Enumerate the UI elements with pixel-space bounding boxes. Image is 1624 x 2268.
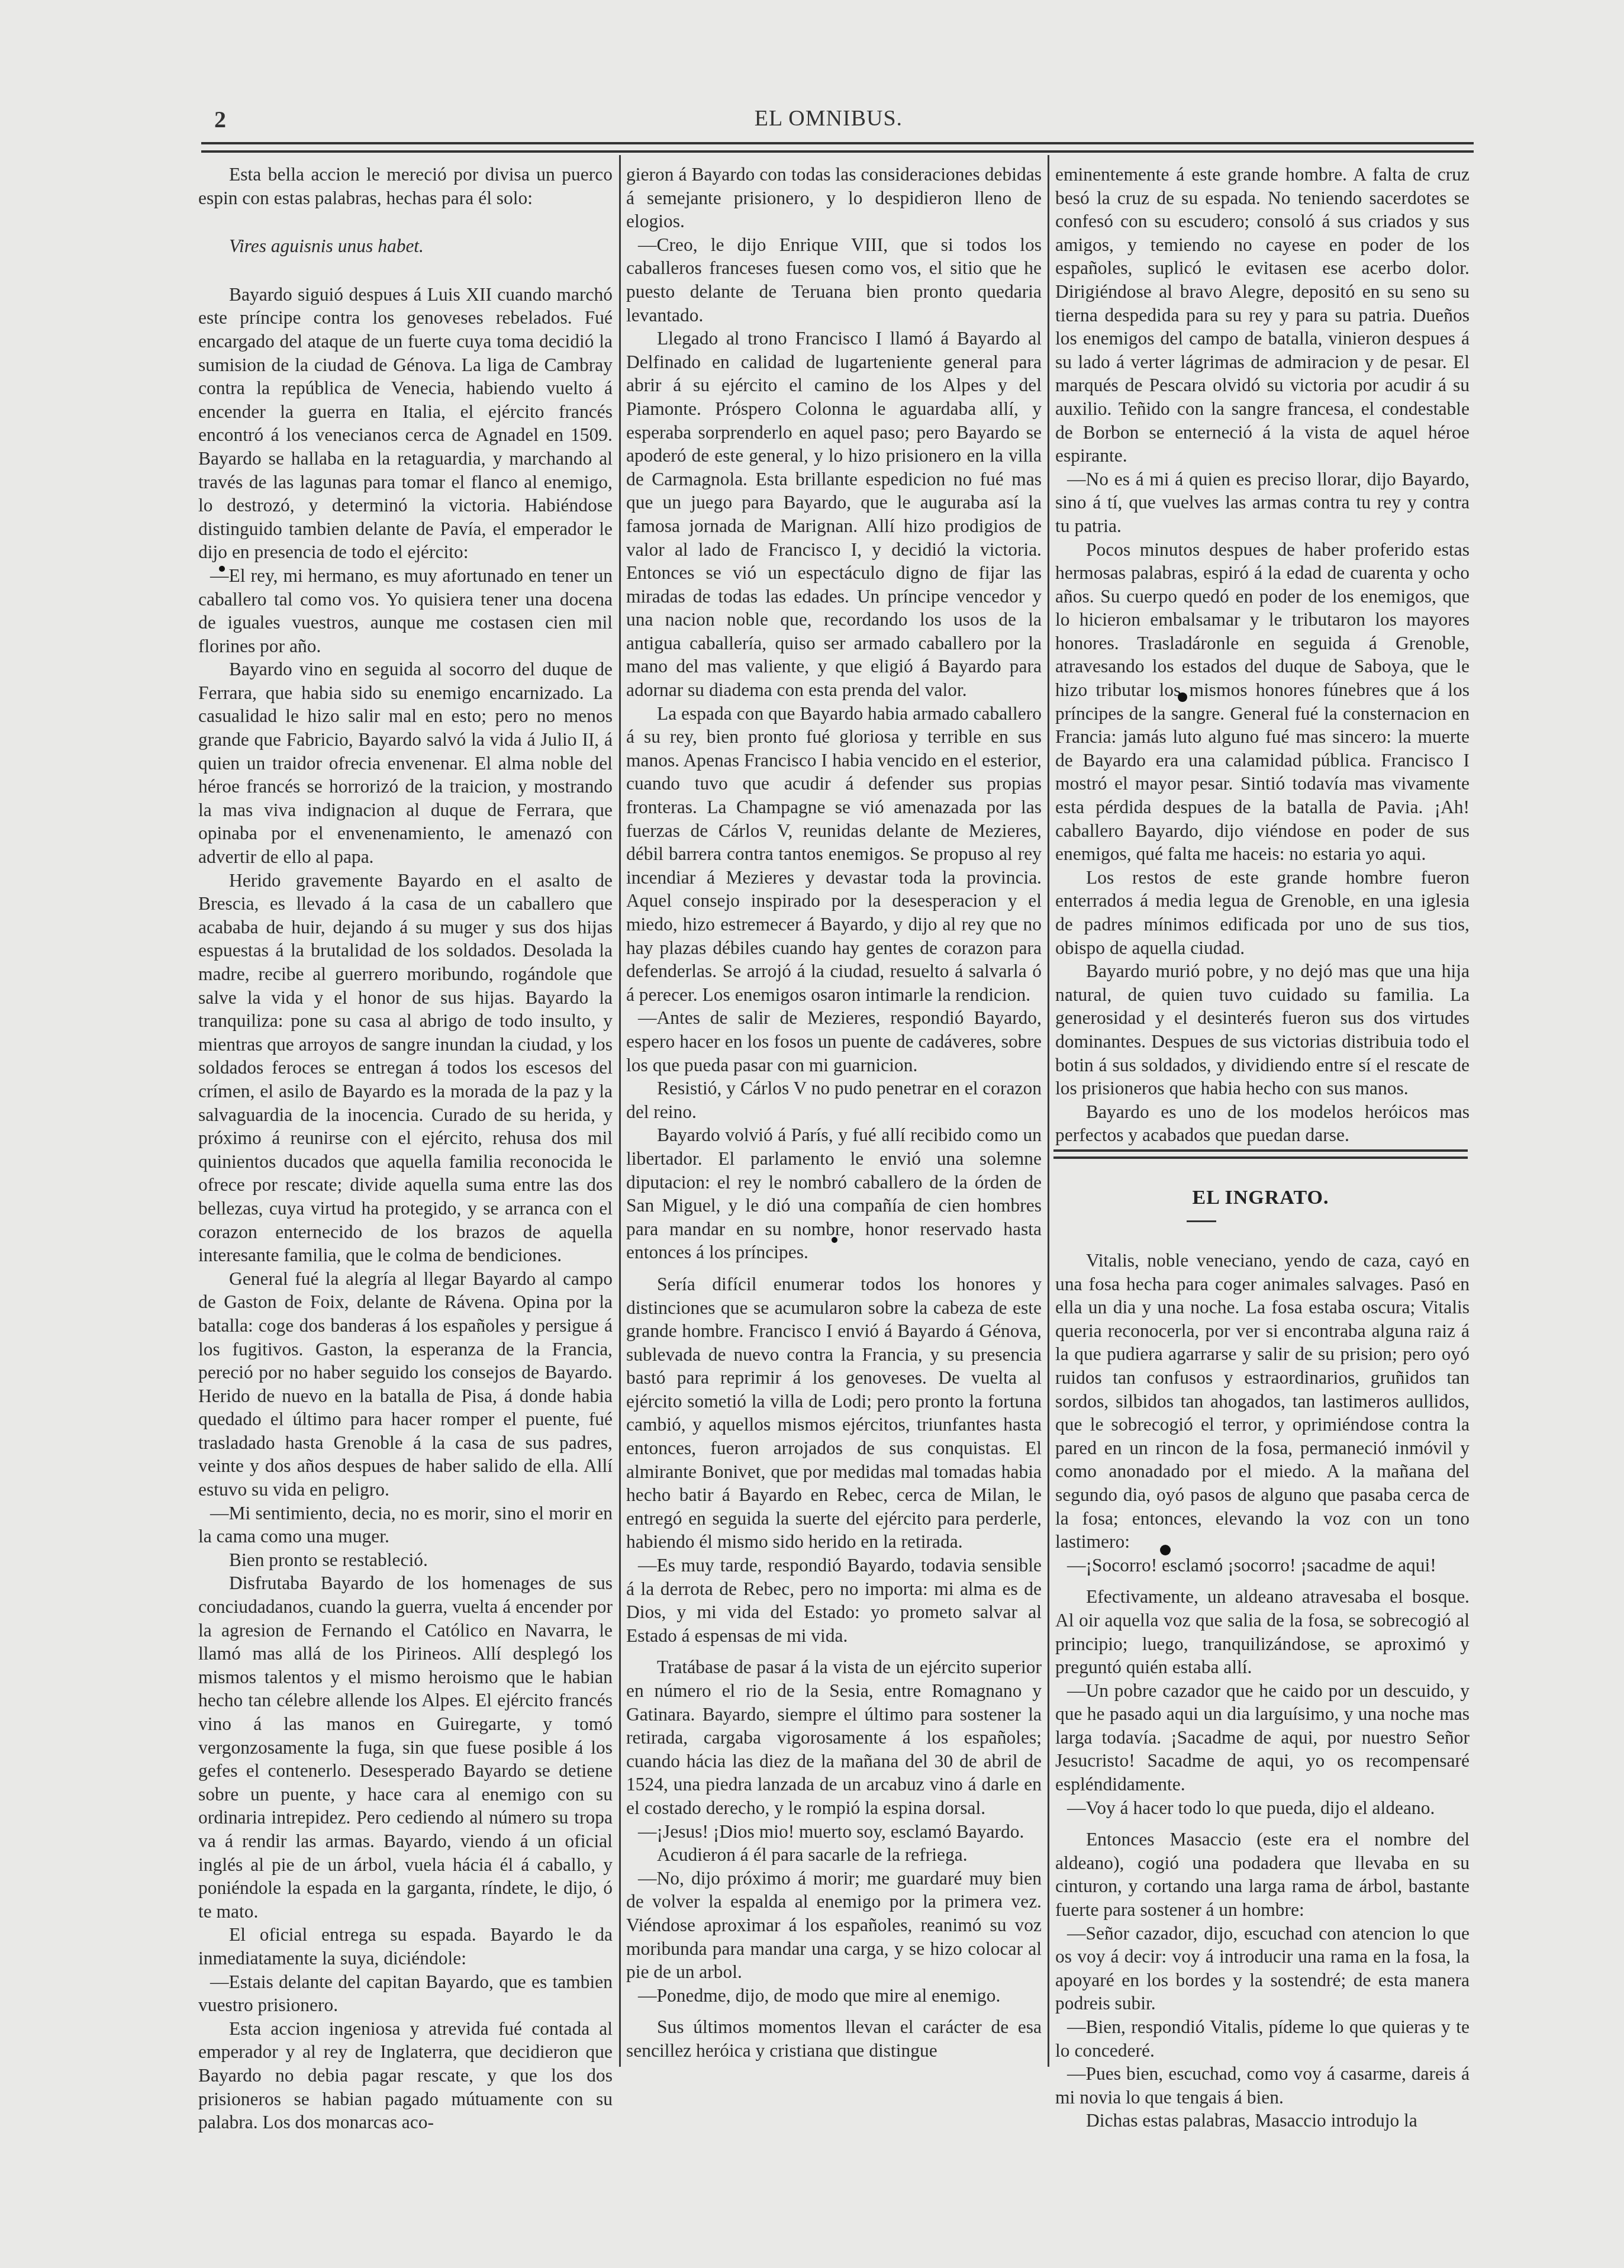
section-double-rule [1053, 1149, 1468, 1159]
dialog-paragraph: —El rey, mi hermano, es muy afortunado e… [198, 564, 613, 658]
paragraph: gieron á Bayardo con todas las considera… [626, 163, 1042, 233]
ink-spot [1160, 1545, 1171, 1555]
dialog-paragraph: —Señor cazador, dijo, escuchad con atenc… [1055, 1922, 1470, 2015]
column-1-bayardo-article: Esta bella accion le mereció por divisa … [198, 163, 613, 2128]
dialog-paragraph: —Voy á hacer todo lo que pueda, dijo el … [1055, 1796, 1470, 1820]
paragraph: Dichas estas palabras, Masaccio introduj… [1055, 2109, 1470, 2132]
story-el-ingrato: Vitalis, noble veneciano, yendo de caza,… [1055, 1249, 1470, 2132]
dialog-paragraph: —Bien, respondió Vitalis, pídeme lo que … [1055, 2015, 1470, 2062]
paragraph: Entonces Masaccio (este era el nombre de… [1055, 1828, 1470, 1921]
paragraph: Efectivamente, un aldeano atravesaba el … [1055, 1585, 1470, 1679]
paragraph: Bien pronto se restableció. [198, 1548, 613, 1572]
paragraph: Bayardo vino en seguida al socorro del d… [198, 658, 613, 868]
paragraph: El oficial entrega su espada. Bayardo le… [198, 1923, 613, 1970]
paragraph: Esta accion ingeniosa y atrevida fué con… [198, 2017, 613, 2134]
paragraph: Pocos minutos despues de haber proferido… [1055, 538, 1470, 866]
dialog-paragraph: —Ponedme, dijo, de modo que mire al enem… [626, 1984, 1042, 2008]
dialog-paragraph: —Creo, le dijo Enrique VIII, que si todo… [626, 233, 1042, 327]
paragraph: Los restos de este grande hombre fueron … [1055, 866, 1470, 959]
column-2-bayardo-article: gieron á Bayardo con todas las considera… [626, 163, 1042, 2128]
paragraph: Herido gravemente Bayardo en el asalto d… [198, 869, 613, 1267]
paragraph: Bayardo murió pobre, y no dejó mas que u… [1055, 959, 1470, 1100]
ink-spot [1178, 692, 1187, 702]
paragraph: Acudieron á él para sacarle de la refrie… [626, 1843, 1042, 1867]
dialog-paragraph: —No es á mi á quien es preciso llorar, d… [1055, 468, 1470, 538]
ink-spot [219, 566, 225, 572]
paragraph: Esta bella accion le mereció por divisa … [198, 163, 613, 210]
motto-latin: Vires aguisnis unus habet. [198, 234, 613, 258]
paragraph: Resistió, y Cárlos V no pudo penetrar en… [626, 1077, 1042, 1123]
paragraph: Bayardo es uno de los modelos heróicos m… [1055, 1100, 1470, 1147]
paragraph: Bayardo siguió despues á Luis XII cuando… [198, 283, 613, 564]
masthead: EL OMNIBUS. [710, 105, 947, 131]
paragraph: General fué la alegría al llegar Bayardo… [198, 1267, 613, 1502]
dialog-paragraph: —Estais delante del capitan Bayardo, que… [198, 1970, 613, 2017]
dialog-paragraph: —Antes de salir de Mezieres, respondió B… [626, 1006, 1042, 1077]
paragraph: Llegado al trono Francisco I llamó á Bay… [626, 327, 1042, 702]
paragraph: Tratábase de pasar á la vista de un ejér… [626, 1655, 1042, 1819]
column-divider-1 [619, 155, 621, 2067]
page-number: 2 [214, 105, 226, 133]
title-dash-ornament [1187, 1220, 1216, 1222]
dialog-paragraph: —Un pobre cazador que he caido por un de… [1055, 1679, 1470, 1796]
paragraph: Vitalis, noble veneciano, yendo de caza,… [1055, 1249, 1470, 1554]
dialog-paragraph: —¡Jesus! ¡Dios mio! muerto soy, esclamó … [626, 1820, 1042, 1844]
paragraph: Bayardo volvió á París, y fué allí recib… [626, 1123, 1042, 1264]
paragraph: Sus últimos momentos llevan el carácter … [626, 2015, 1042, 2062]
dialog-paragraph: —Mi sentimiento, decia, no es morir, sin… [198, 1502, 613, 1548]
dialog-paragraph: —Es muy tarde, respondió Bayardo, todavi… [626, 1554, 1042, 1647]
dialog-paragraph: —No, dijo próximo á morir; me guardaré m… [626, 1867, 1042, 1984]
paragraph: eminentemente á este grande hombre. A fa… [1055, 163, 1470, 468]
paragraph: Disfrutaba Bayardo de los homenages de s… [198, 1571, 613, 1923]
paragraph: Sería difícil enumerar todos los honores… [626, 1272, 1042, 1554]
ink-spot [832, 1237, 837, 1243]
story-title: EL INGRATO. [1053, 1187, 1468, 1209]
column-divider-2 [1048, 155, 1049, 2067]
paragraph: La espada con que Bayardo habia armado c… [626, 702, 1042, 1007]
dialog-paragraph: —¡Socorro! esclamó ¡socorro! ¡sacadme de… [1055, 1554, 1470, 1577]
top-double-rule [201, 142, 1474, 153]
dialog-paragraph: —Pues bien, escuchad, como voy á casarme… [1055, 2062, 1470, 2109]
